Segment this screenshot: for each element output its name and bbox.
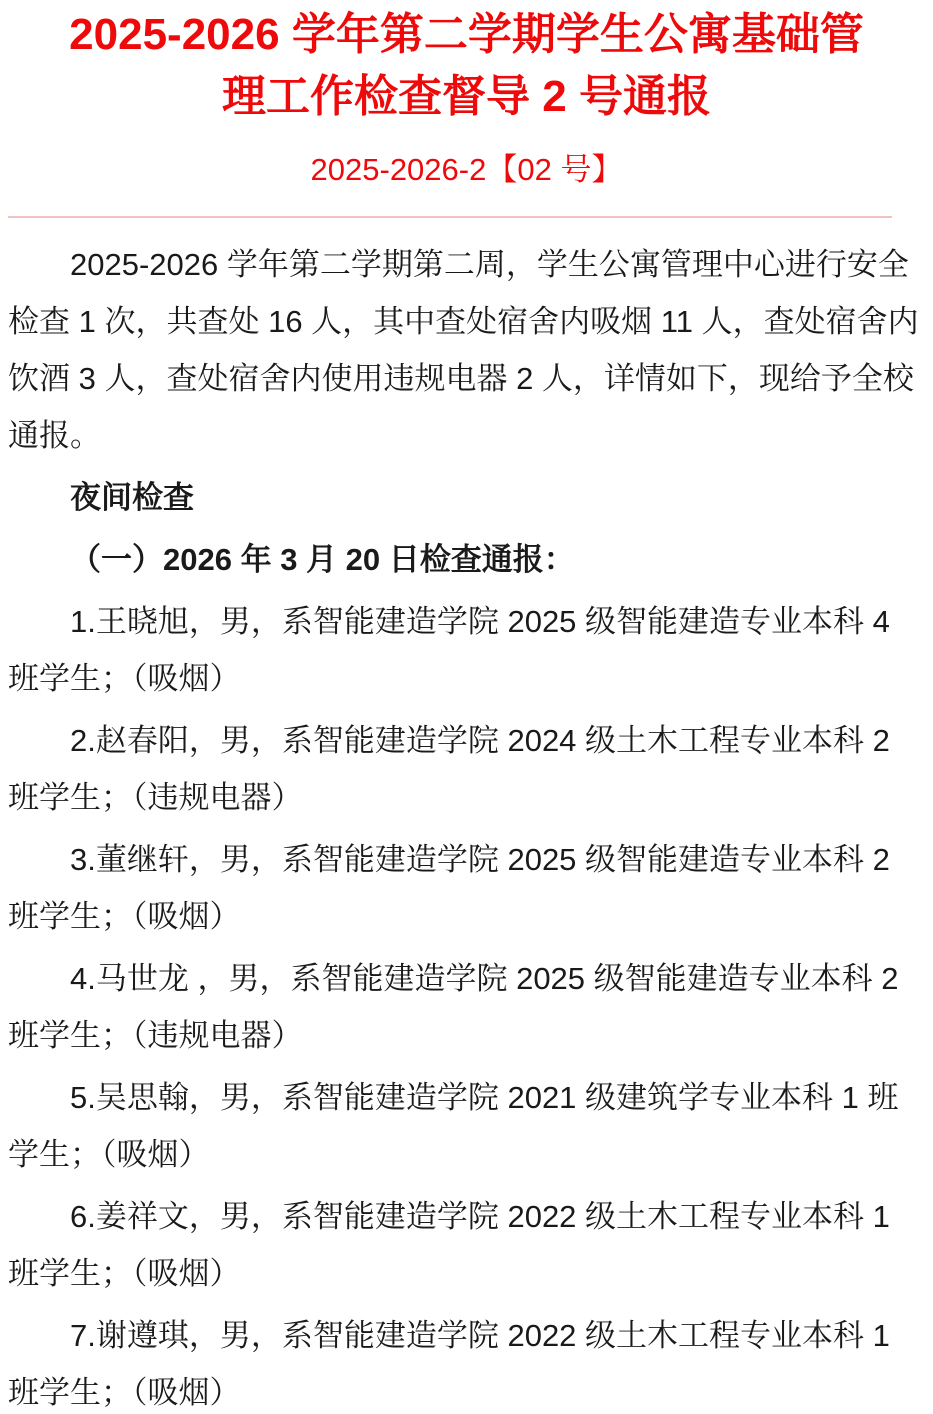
notice-page: 2025-2026 学年第二学期学生公寓基础管 理工作检查督导 2 号通报 20…	[0, 4, 933, 1414]
violation-item-2: 2.赵春阳，男，系智能建造学院 2024 级土木工程专业本科 2 班学生；（违规…	[8, 712, 925, 826]
divider	[8, 216, 892, 218]
violation-item-3: 3.董继轩，男，系智能建造学院 2025 级智能建造专业本科 2 班学生；（吸烟…	[8, 831, 925, 945]
violation-item-5: 5.吴思翰，男，系智能建造学院 2021 级建筑学专业本科 1 班学生；（吸烟）	[8, 1069, 925, 1183]
notice-title-line-2: 理工作检查督导 2 号通报	[222, 72, 711, 121]
notice-title: 2025-2026 学年第二学期学生公寓基础管 理工作检查督导 2 号通报	[8, 4, 925, 128]
intro-paragraph: 2025-2026 学年第二学期第二周，学生公寓管理中心进行安全检查 1 次，共…	[8, 236, 925, 464]
violation-item-1: 1.王晓旭，男，系智能建造学院 2025 级智能建造专业本科 4 班学生；（吸烟…	[8, 593, 925, 707]
issue-number: 2025-2026-2【02 号】	[8, 150, 925, 190]
violation-item-4: 4.马世龙 ，男，系智能建造学院 2025 级智能建造专业本科 2 班学生；（违…	[8, 950, 925, 1064]
violation-item-7: 7.谢遵琪，男，系智能建造学院 2022 级土木工程专业本科 1 班学生；（吸烟…	[8, 1307, 925, 1414]
section-heading-night-check: 夜间检查	[8, 469, 925, 526]
notice-title-line-1: 2025-2026 学年第二学期学生公寓基础管	[69, 10, 864, 59]
notice-body: 2025-2026 学年第二学期第二周，学生公寓管理中心进行安全检查 1 次，共…	[8, 236, 925, 1414]
subsection-heading-date: （一）2026 年 3 月 20 日检查通报：	[8, 531, 925, 588]
violation-item-6: 6.姜祥文，男，系智能建造学院 2022 级土木工程专业本科 1 班学生；（吸烟…	[8, 1188, 925, 1302]
